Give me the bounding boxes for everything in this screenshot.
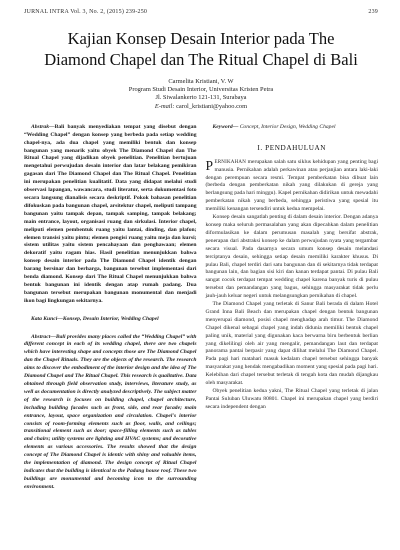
- section-heading-pendahuluan: I. PENDAHULUAN: [206, 144, 379, 152]
- journal-citation: JURNAL INTRA Vol. 3, No. 2, (2015) 239-2…: [24, 9, 147, 15]
- abstract-english: Abstract—Bali provides many places calle…: [24, 334, 197, 492]
- intro-paragraph-1-text: merupakan salah satu siklus kehidupan ya…: [206, 159, 379, 212]
- keywords-english: Keyword— Concept, Interior Design, Weddi…: [206, 124, 379, 132]
- two-column-body: Abstrak—Bali banyak menyediakan tempat y…: [24, 124, 378, 492]
- drop-cap: P: [206, 159, 215, 173]
- intro-paragraph-3: The Diamond Chapel yang terletak di Sanu…: [206, 301, 379, 388]
- abstract-id-label: Abstrak—: [31, 124, 55, 130]
- paper-title-line-2: Diamond Chapel dan The Ritual Chapel di …: [24, 49, 378, 70]
- author-address: Jl. Siwalankerto 121-131, Surabaya: [24, 94, 378, 102]
- right-column: Keyword— Concept, Interior Design, Weddi…: [206, 124, 379, 492]
- intro-paragraph-2: Konsep desain sangatlah penting di dalam…: [206, 214, 379, 301]
- page-number: 239: [368, 9, 378, 15]
- intro-paragraph-4: Obyek penelitian kedua yakni, The Ritual…: [206, 388, 379, 412]
- keywords-en-label: Keyword—: [213, 124, 239, 130]
- keywords-en-text: Concept, Interior Design, Wedding Chapel: [238, 124, 335, 130]
- abstract-en-text: Bali provides many places called the “We…: [24, 334, 197, 490]
- intro-paragraph-1: PERNIKAHAN merupakan salah satu siklus k…: [206, 159, 379, 214]
- running-header: JURNAL INTRA Vol. 3, No. 2, (2015) 239-2…: [24, 9, 378, 15]
- author-affiliation: Program Studi Desain Interior, Universit…: [24, 86, 378, 94]
- author-email-line: E-mail: carol_kristiani@yahoo.com: [24, 103, 378, 111]
- abstract-en-label: Abstract—: [31, 334, 56, 340]
- abstract-indonesian: Abstrak—Bali banyak menyediakan tempat y…: [24, 124, 197, 306]
- author-block: Carmelita Kristiani, V. W Program Studi …: [24, 78, 378, 111]
- author-name: Carmelita Kristiani, V. W: [24, 78, 378, 86]
- paper-title: Kajian Konsep Desain Interior pada The D…: [24, 28, 378, 70]
- author-email: carol_kristiani@yahoo.com: [176, 103, 247, 110]
- keywords-indonesian: Kata Kunci—Konsep, Desain Interior, Wedd…: [24, 316, 197, 324]
- left-column: Abstrak—Bali banyak menyediakan tempat y…: [24, 124, 197, 492]
- keywords-id-label: Kata Kunci—: [31, 316, 63, 322]
- journal-page: JURNAL INTRA Vol. 3, No. 2, (2015) 239-2…: [0, 0, 400, 550]
- email-label: E-mail:: [155, 103, 175, 110]
- abstract-id-text: Bali banyak menyediakan tempat yang dise…: [24, 124, 197, 304]
- paper-title-line-1: Kajian Konsep Desain Interior pada The: [24, 28, 378, 49]
- keywords-id-text: Konsep, Desain Interior, Wedding Chapel: [63, 316, 159, 322]
- intro-lead-word: ERNIKAHAN: [215, 160, 247, 165]
